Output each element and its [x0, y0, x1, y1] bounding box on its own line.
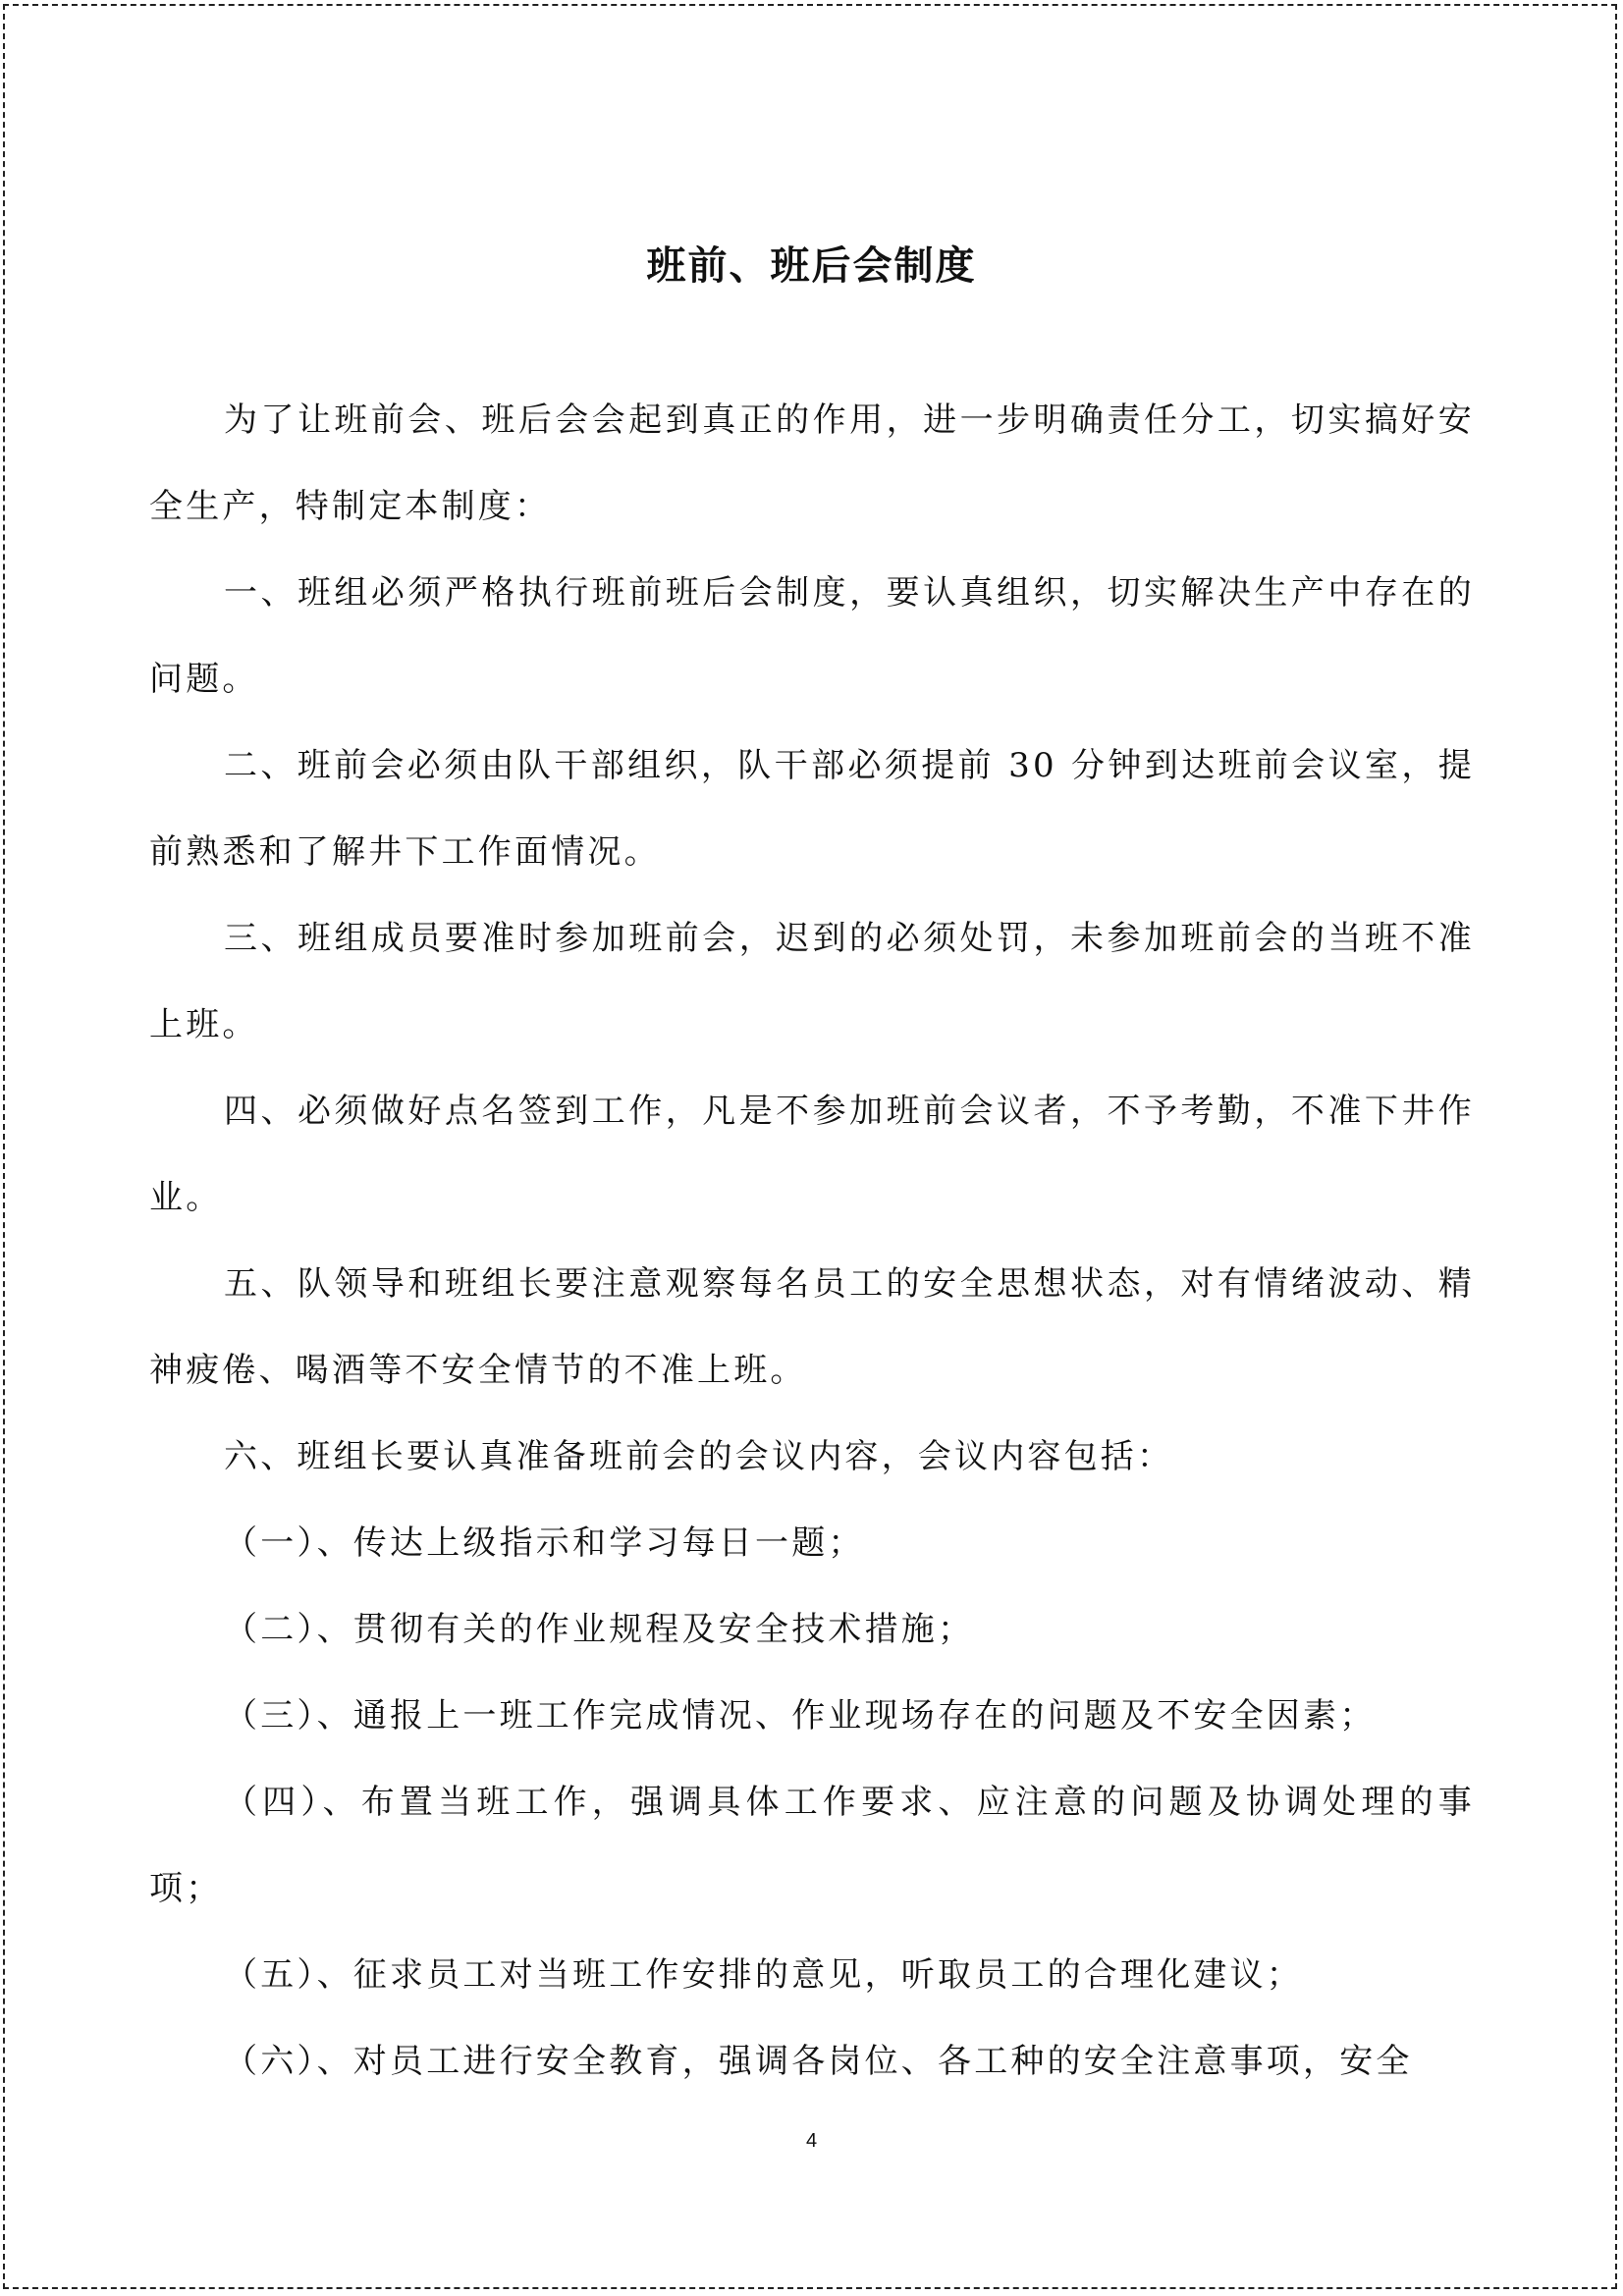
- sub-item-2: （二）、贯彻有关的作业规程及安全技术措施；: [149, 1586, 1475, 1673]
- paragraph-item-1: 一、班组必须严格执行班前班后会制度，要认真组织，切实解决生产中存在的问题。: [149, 550, 1475, 722]
- paragraph-item-2: 二、班前会必须由队干部组织，队干部必须提前 30 分钟到达班前会议室，提前熟悉和…: [149, 722, 1475, 895]
- paragraph-item-6: 六、班组长要认真准备班前会的会议内容，会议内容包括：: [149, 1414, 1475, 1500]
- sub-item-4: （四）、布置当班工作，强调具体工作要求、应注意的问题及协调处理的事项；: [149, 1759, 1475, 1932]
- paragraph-intro: 为了让班前会、班后会会起到真正的作用，进一步明确责任分工，切实搞好安全生产，特制…: [149, 377, 1475, 550]
- sub-item-1: （一）、传达上级指示和学习每日一题；: [149, 1500, 1475, 1586]
- page-number: 4: [0, 2130, 1623, 2153]
- paragraph-item-5: 五、队领导和班组长要注意观察每名员工的安全思想状态，对有情绪波动、精神疲倦、喝酒…: [149, 1241, 1475, 1414]
- document-title: 班前、班后会制度: [0, 237, 1623, 295]
- sub-item-5: （五）、征求员工对当班工作安排的意见，听取员工的合理化建议；: [149, 1932, 1475, 2018]
- paragraph-item-3: 三、班组成员要准时参加班前会，迟到的必须处罚，未参加班前会的当班不准上班。: [149, 895, 1475, 1068]
- sub-item-3: （三）、通报上一班工作完成情况、作业现场存在的问题及不安全因素；: [149, 1673, 1475, 1759]
- sub-item-6: （六）、对员工进行安全教育，强调各岗位、各工种的安全注意事项，安全: [149, 2018, 1475, 2105]
- document-body: 为了让班前会、班后会会起到真正的作用，进一步明确责任分工，切实搞好安全生产，特制…: [149, 377, 1475, 2105]
- paragraph-item-4: 四、必须做好点名签到工作，凡是不参加班前会议者，不予考勤，不准下井作业。: [149, 1068, 1475, 1241]
